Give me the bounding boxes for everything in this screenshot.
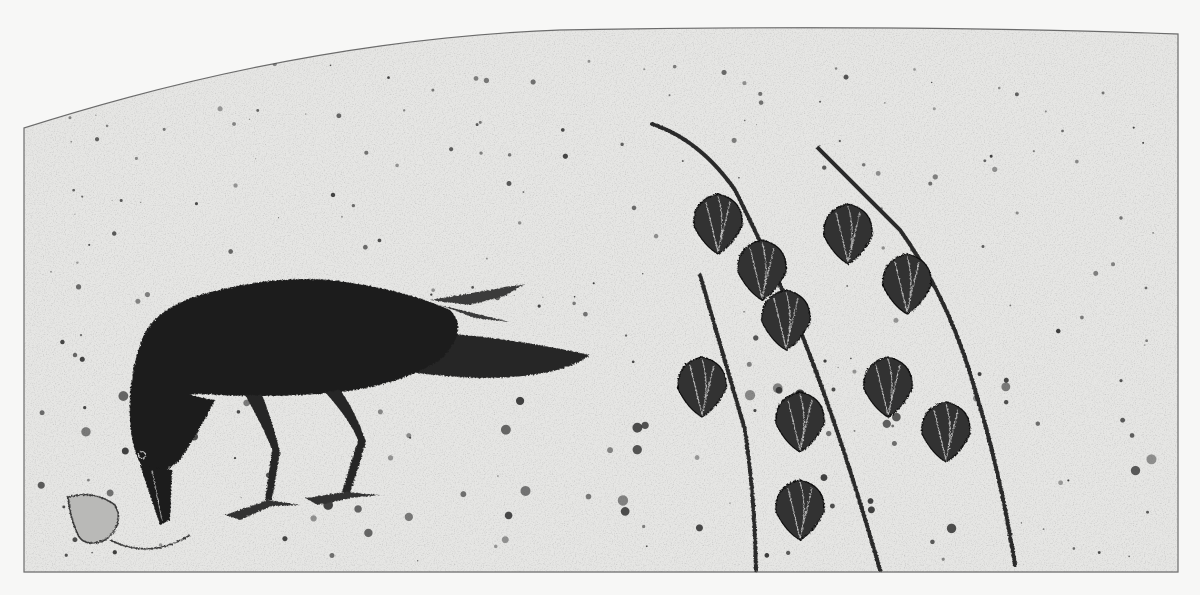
artwork-canvas <box>0 0 1200 595</box>
plate <box>0 0 1200 595</box>
